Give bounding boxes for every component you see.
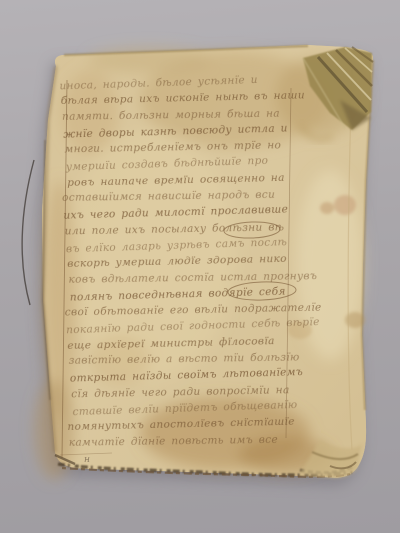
photo-background: н иноса, народы. бѣлое усѣянïе ибѣлая вѣ… [0, 0, 400, 533]
pencil-mark: н [84, 455, 90, 465]
manuscript-book: н [0, 0, 400, 533]
